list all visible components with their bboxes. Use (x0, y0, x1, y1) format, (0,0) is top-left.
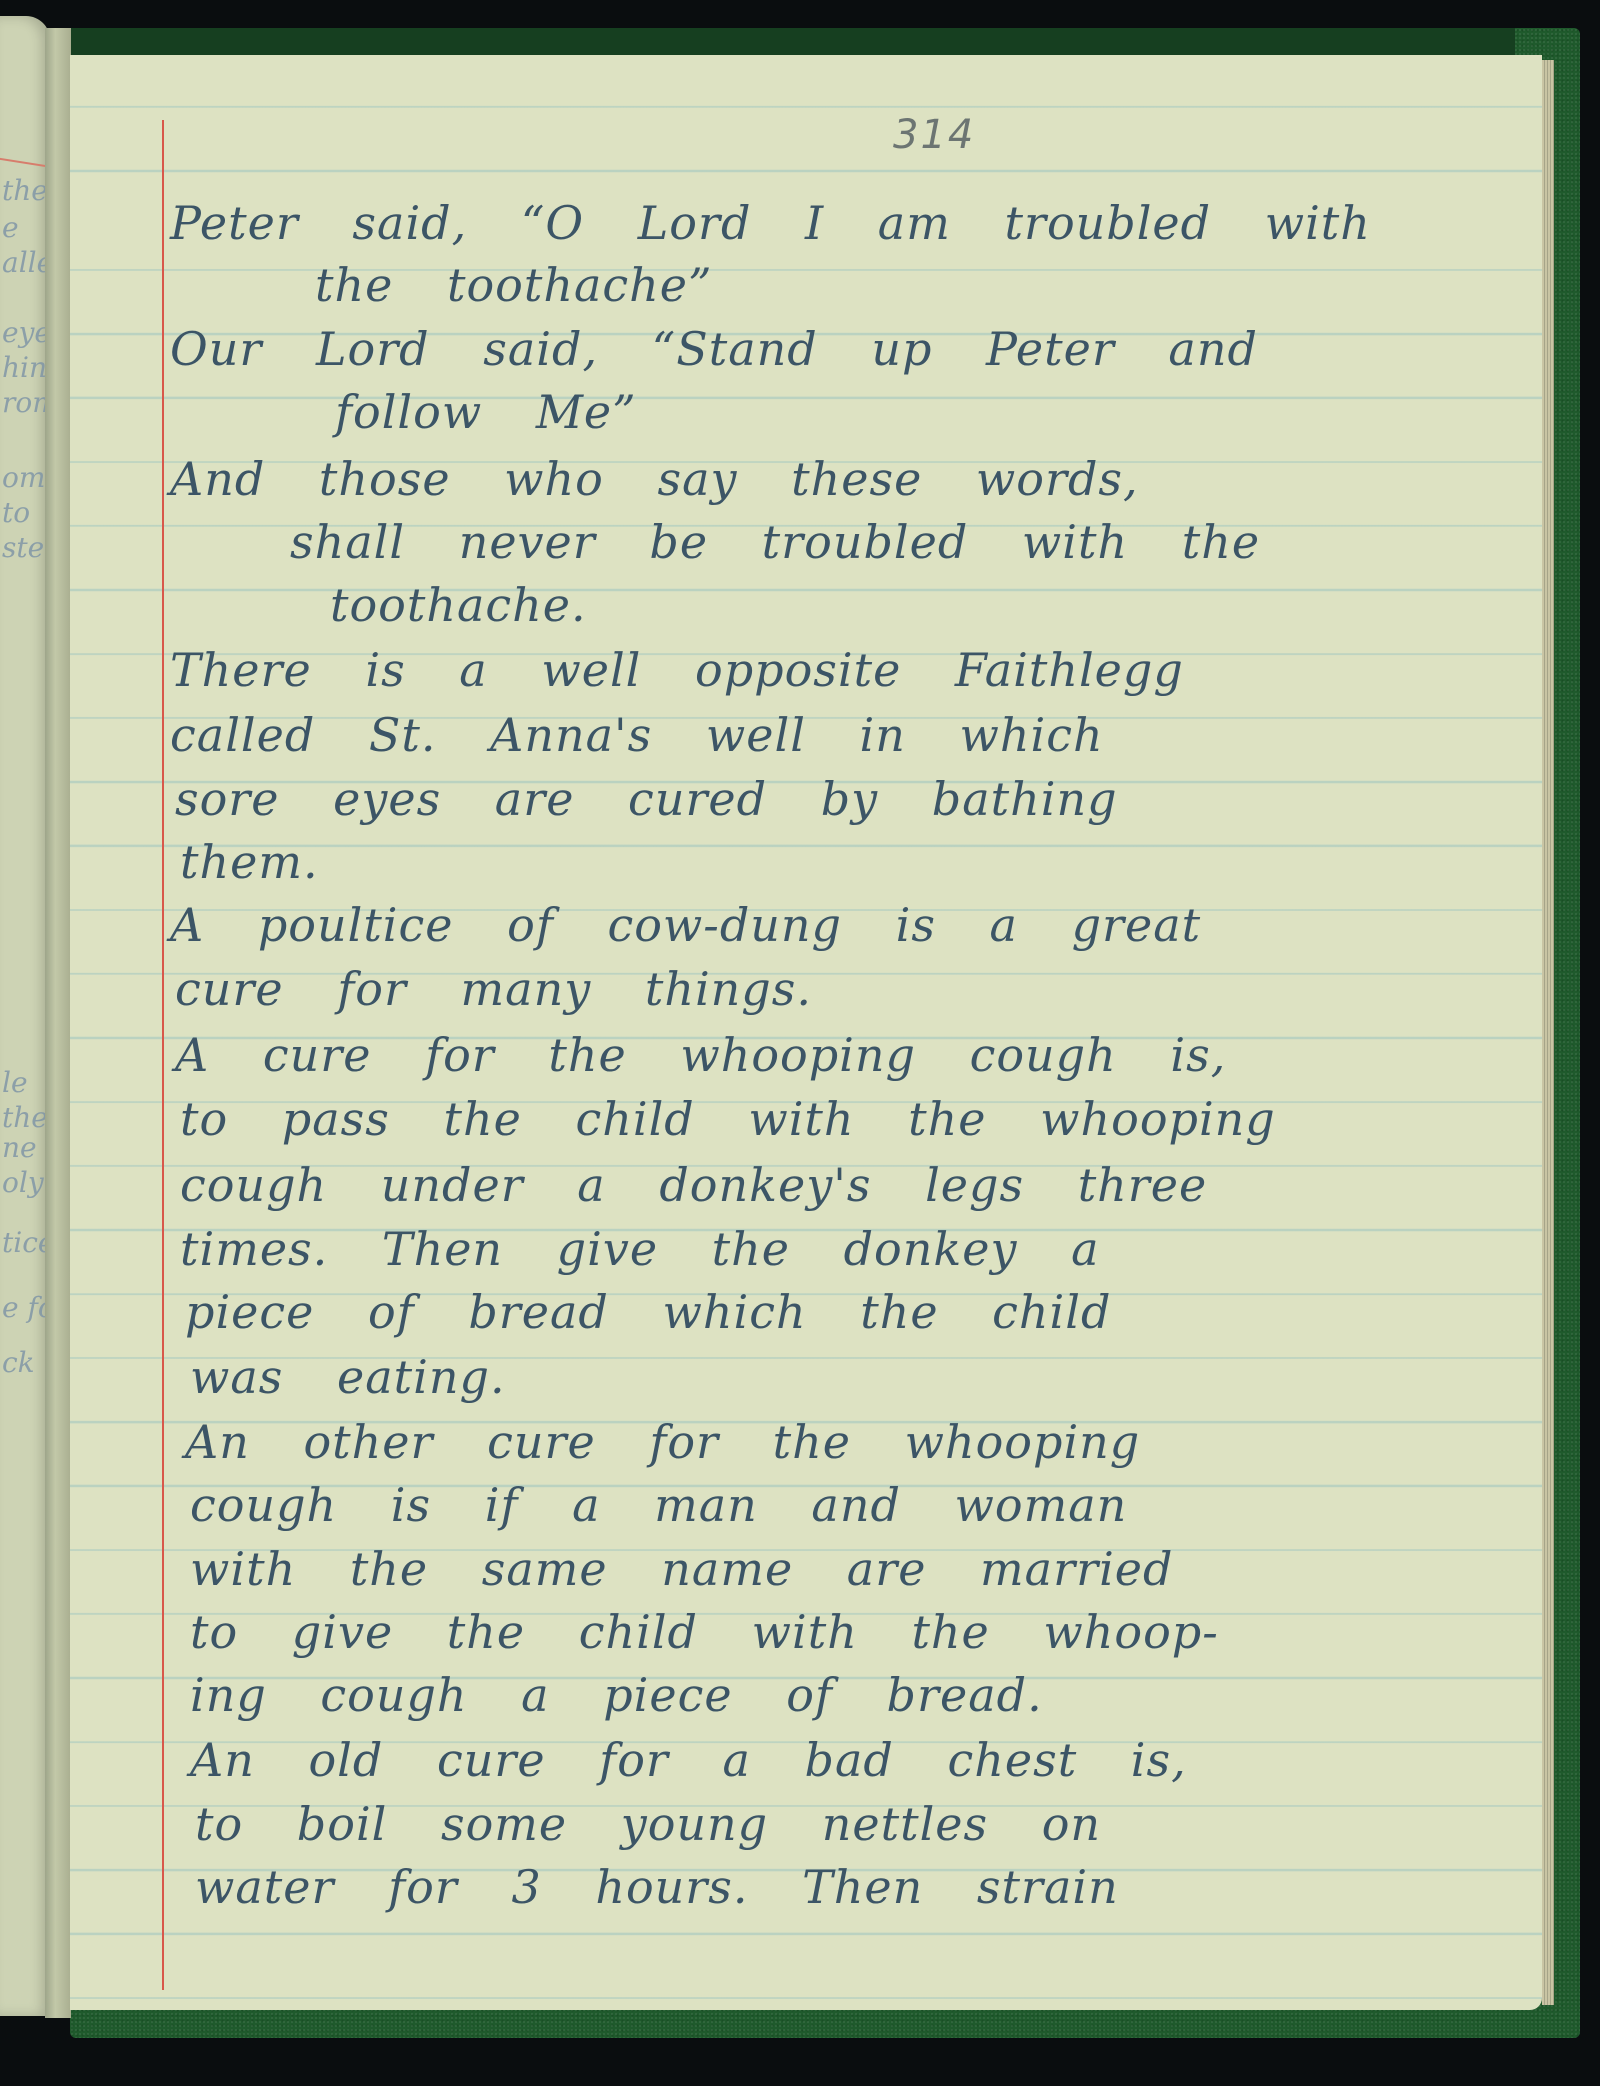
left-fragment: eyes (2, 316, 50, 349)
left-fragment: e fo (2, 1291, 50, 1324)
left-fragment: rom (2, 386, 50, 419)
text-line: piece of bread which the child (185, 1285, 1111, 1339)
text-line: There is a well opposite Faithlegg (170, 643, 1184, 697)
scanned-book-spread: the e alle eyes hing rom om to ster le t… (0, 0, 1600, 2086)
text-line: called St. Anna's well in which (170, 708, 1104, 762)
page-stack-edge (1542, 60, 1554, 2005)
text-line: An other cure for the whooping (185, 1415, 1140, 1469)
margin-line (162, 120, 164, 1990)
left-fragment: ck (2, 1346, 35, 1379)
text-line: An old cure for a bad chest is, (190, 1733, 1187, 1787)
book-gutter (45, 28, 71, 2018)
text-line: times. Then give the donkey a (180, 1222, 1100, 1276)
left-fragment: tice (2, 1226, 50, 1259)
text-line: cough under a donkey's legs three (180, 1158, 1207, 1212)
text-line: ing cough a piece of bread. (190, 1668, 1043, 1722)
text-line: Peter said, “O Lord I am troubled with (170, 196, 1371, 250)
text-line: sore eyes are cured by bathing (175, 772, 1118, 826)
text-line: toothache. (330, 578, 587, 632)
left-fragment: the (2, 1101, 48, 1134)
text-line: the toothache” (315, 258, 713, 312)
left-fragment: le (2, 1066, 28, 1099)
left-fragment: to (2, 496, 30, 529)
previous-page-edge: the e alle eyes hing rom om to ster le t… (0, 16, 50, 2016)
text-line: follow Me” (335, 385, 637, 439)
text-line: them. (180, 835, 319, 889)
text-line: A poultice of cow-dung is a great (170, 898, 1201, 952)
text-line: Our Lord said, “Stand up Peter and (170, 322, 1258, 376)
text-line: cure for many things. (175, 962, 812, 1016)
text-line: to pass the child with the whooping (180, 1092, 1276, 1146)
left-fragment: oly (2, 1166, 44, 1199)
text-line: A cure for the whooping cough is, (175, 1028, 1226, 1082)
left-fragment: alle (2, 246, 50, 279)
left-fragment: the (2, 174, 48, 207)
text-line: to give the child with the whoop- (190, 1605, 1219, 1659)
text-line: cough is if a man and woman (190, 1478, 1127, 1532)
page-number: 314 (893, 112, 975, 158)
previous-page-margin-line (0, 155, 50, 169)
left-fragment: ster (2, 531, 50, 564)
text-line: with the same name are married (190, 1542, 1173, 1596)
text-line: was eating. (190, 1350, 506, 1404)
left-fragment: hing (2, 351, 50, 384)
left-fragment: e (2, 211, 19, 244)
left-fragment: om (2, 461, 45, 494)
left-fragment: ne (2, 1131, 37, 1164)
text-line: to boil some young nettles on (195, 1797, 1101, 1851)
book-cover-top-edge (45, 28, 1515, 58)
text-line: shall never be troubled with the (290, 515, 1260, 569)
text-line: And those who say these words, (170, 452, 1139, 506)
text-line: water for 3 hours. Then strain (195, 1860, 1119, 1914)
